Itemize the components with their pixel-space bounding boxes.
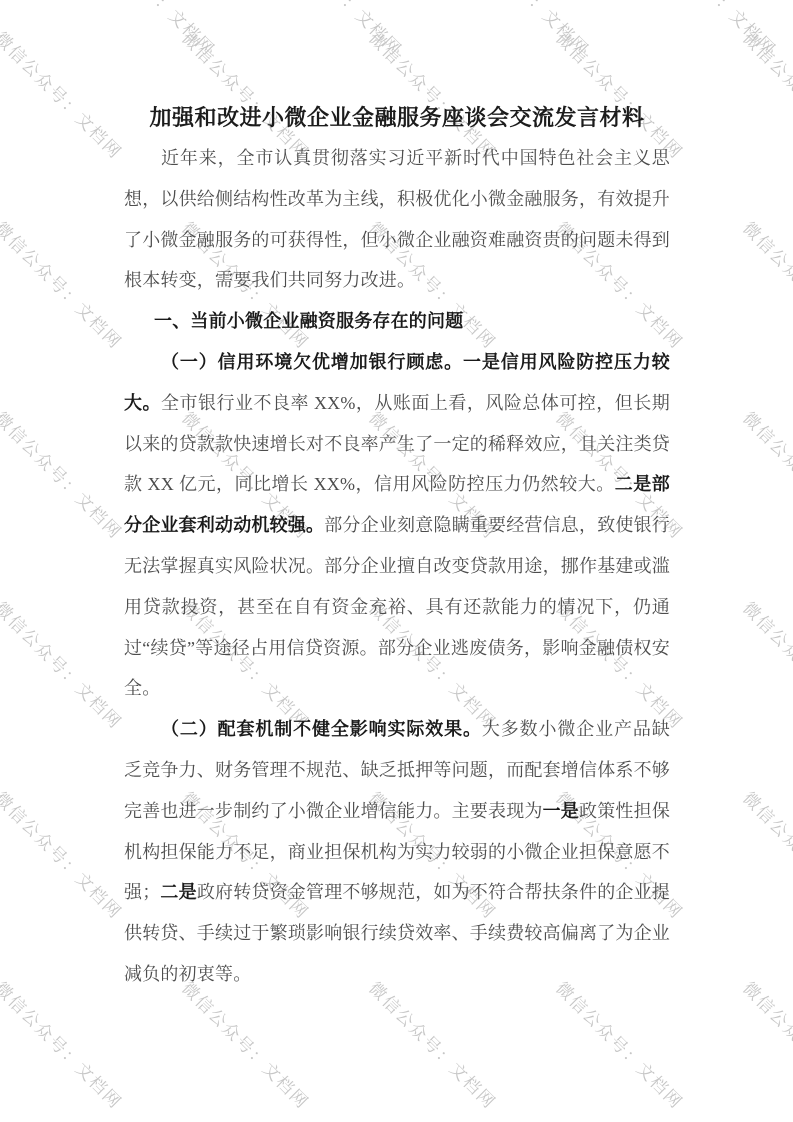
watermark-text: 微信公众号：文档网 (0, 215, 129, 354)
document-title: 加强和改进小微企业金融服务座谈会交流发言材料 (124, 97, 670, 138)
watermark-text: 微信公众号：文档网 (177, 975, 316, 1114)
watermark-text: 微信公众号：文档网 (364, 975, 503, 1114)
watermark-text: 微信公众号：文档网 (0, 595, 129, 734)
watermark-text: 微信公众号：文档网 (457, 0, 596, 61)
body-paragraph: （一）信用环境欠优增加银行顾虑。一是信用风险防控压力较大。全市银行业不良率 XX… (124, 342, 670, 709)
watermark-text: 微信公众号：文档网 (738, 25, 793, 164)
bold-text-run: 二是 (160, 882, 196, 902)
body-paragraph: 近年来，全市认真贯彻落实习近平新时代中国特色社会主义思想，以供给侧结构性改革为主… (124, 138, 670, 301)
bold-text-run: （二）配套机制不健全影响实际效果。 (161, 719, 482, 739)
watermark-text: 微信公众号：文档网 (0, 785, 129, 924)
bold-text-run: 一是 (543, 801, 579, 821)
watermark-text: 微信公众号：文档网 (270, 0, 409, 61)
document-page: 微信公众号：文档网微信公众号：文档网微信公众号：文档网微信公众号：文档网微信公众… (0, 0, 793, 1122)
watermark-text: 微信公众号：文档网 (738, 595, 793, 734)
body-paragraph: （二）配套机制不健全影响实际效果。大多数小微企业产品缺乏竞争力、财务管理不规范、… (124, 709, 670, 995)
bold-text-run: 一、当前小微企业融资服务存在的问题 (154, 311, 463, 331)
text-run: 部分企业刻意隐瞒重要经营信息，致使银行无法掌握真实风险状况。部分企业擅自改变贷款… (124, 515, 670, 698)
text-run: 近年来，全市认真贯彻落实习近平新时代中国特色社会主义思想，以供给侧结构性改革为主… (124, 148, 670, 290)
watermark-text: 微信公众号：文档网 (551, 975, 690, 1114)
watermark-text: 微信公众号：文档网 (644, 0, 783, 61)
watermark-text: 微信公众号：文档网 (738, 215, 793, 354)
text-run: 全市银行业不良率 XX%，从账面上看，风险总体可控，但长期以来的贷款款快速增长对… (124, 393, 670, 495)
watermark-text: 微信公众号：文档网 (0, 25, 129, 164)
document-body: 近年来，全市认真贯彻落实习近平新时代中国特色社会主义思想，以供给侧结构性改革为主… (124, 138, 670, 995)
watermark-text: 微信公众号：文档网 (0, 405, 129, 544)
watermark-text: 微信公众号：文档网 (738, 405, 793, 544)
watermark-text: 微信公众号：文档网 (738, 975, 793, 1114)
watermark-text: 微信公众号：文档网 (0, 975, 129, 1114)
watermark-text: 微信公众号：文档网 (83, 0, 222, 61)
text-run: 政府转贷资金管理不够规范，如为不符合帮扶条件的企业提供转贷、手续过于繁琐影响银行… (124, 882, 670, 984)
document-content: 加强和改进小微企业金融服务座谈会交流发言材料 近年来，全市认真贯彻落实习近平新时… (124, 97, 670, 995)
section-heading: 一、当前小微企业融资服务存在的问题 (124, 301, 670, 342)
watermark-text: 微信公众号：文档网 (738, 785, 793, 924)
